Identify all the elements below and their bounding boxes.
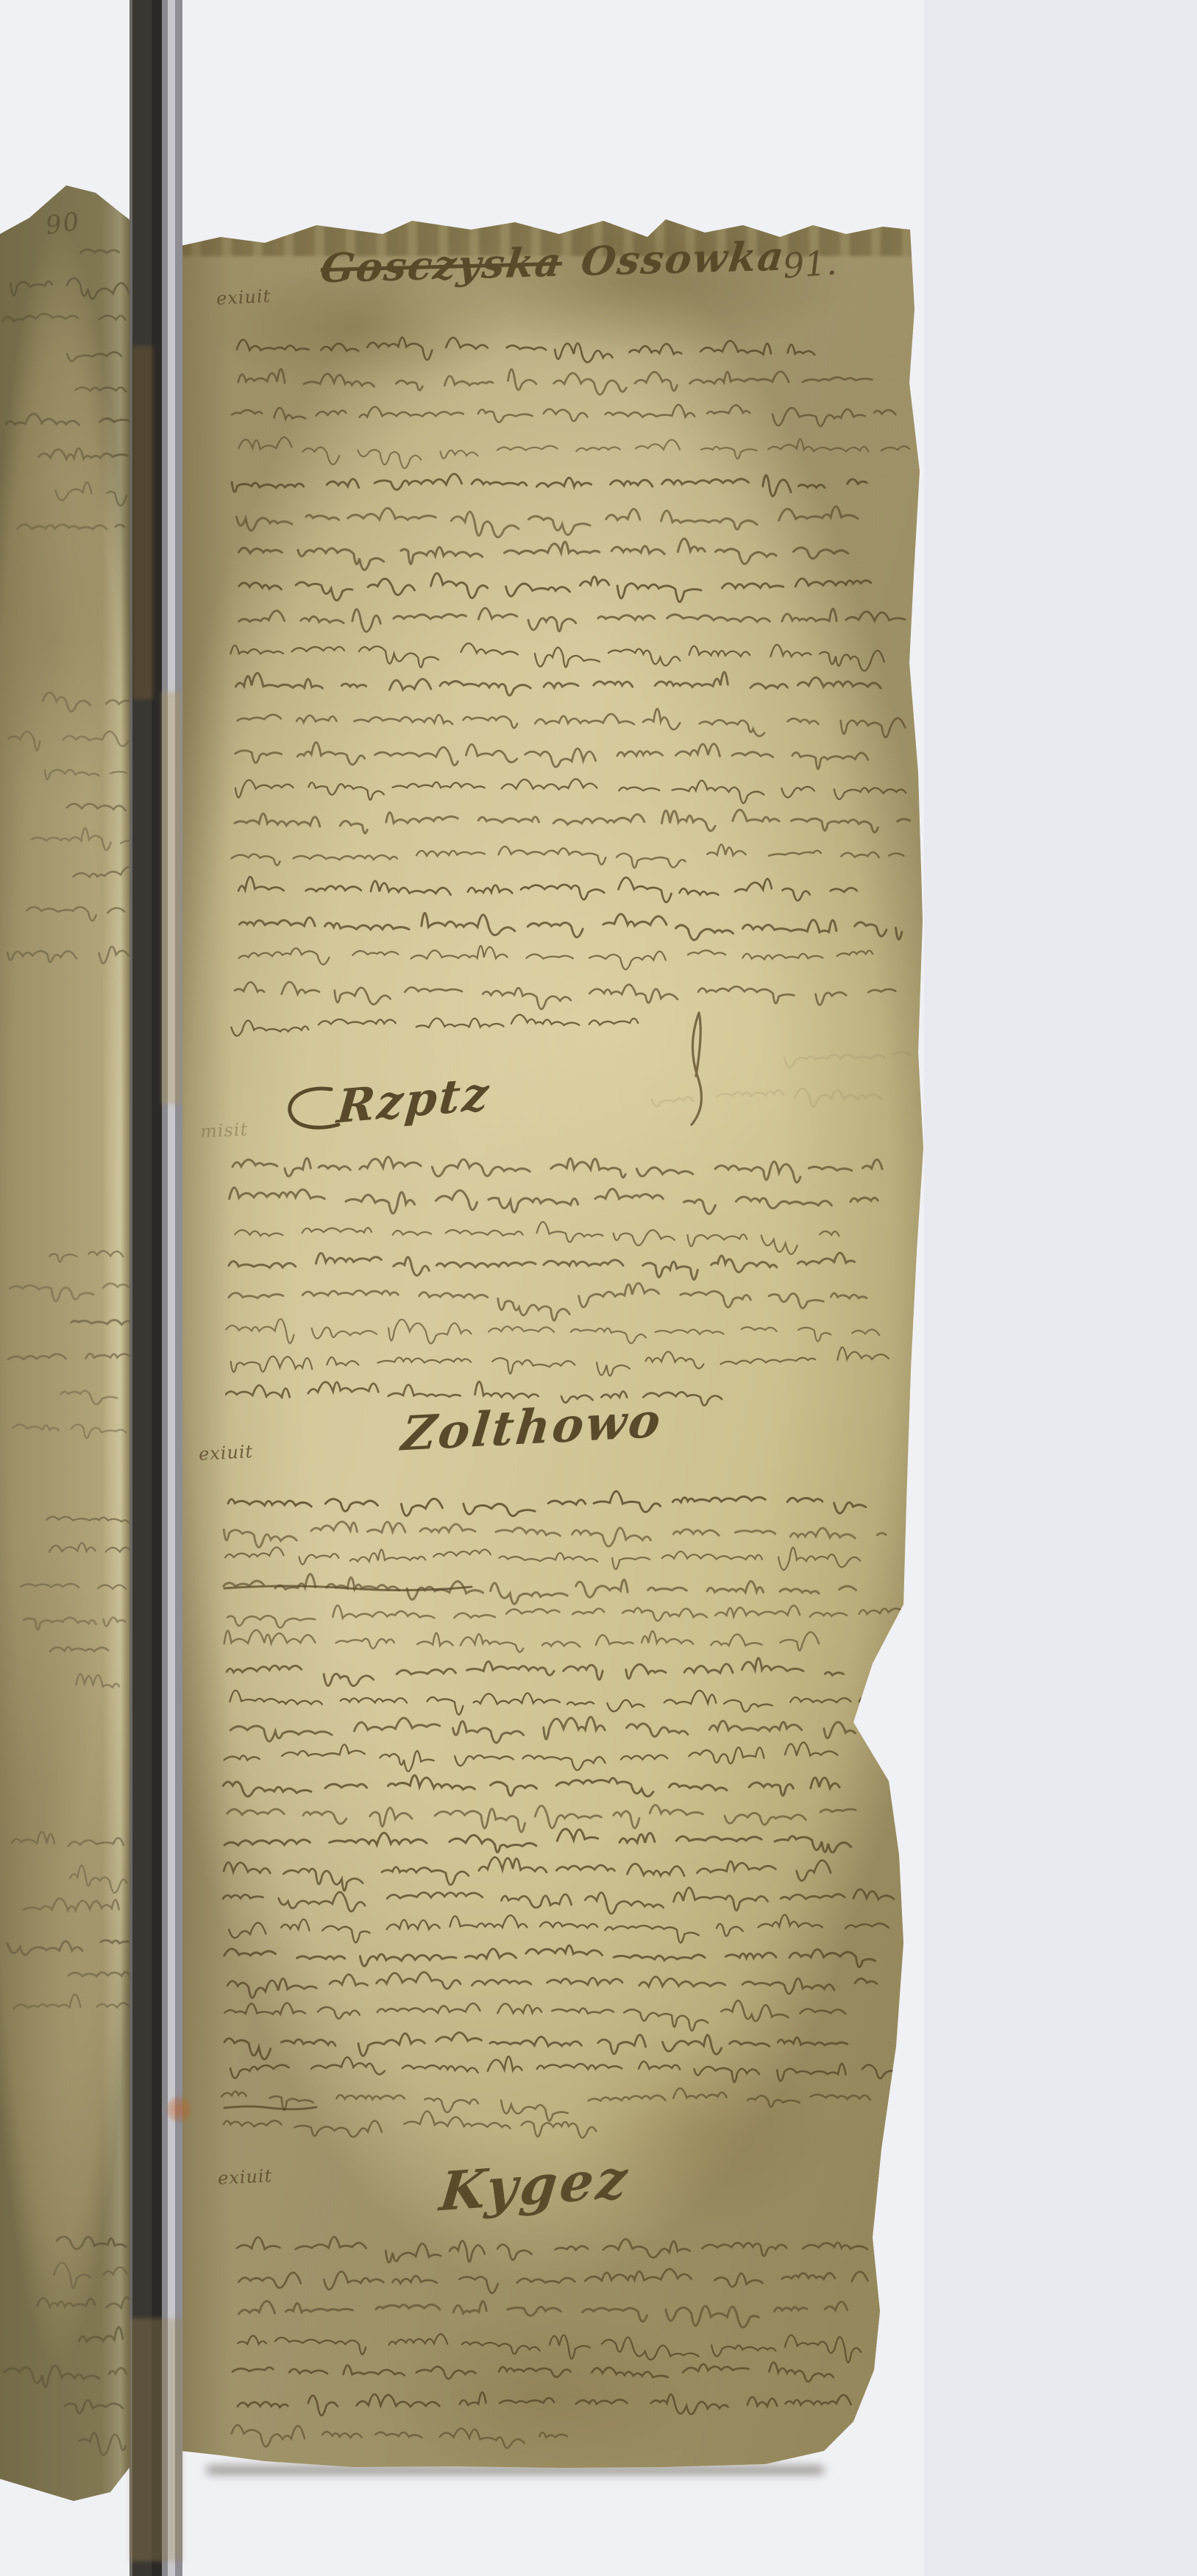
- ink-stain: [166, 2095, 191, 2124]
- scanner-background: 90 GosczyskaOssowka 91. exiuit misit exi…: [0, 0, 1197, 2576]
- right-page: GosczyskaOssowka 91. exiuit misit exiuit…: [181, 218, 924, 2469]
- book-clamp-bar: [129, 0, 182, 2576]
- left-page-edge-shade: [0, 177, 131, 2510]
- clamp-smudge: [132, 346, 153, 699]
- clamp-highlight: [168, 0, 175, 2576]
- right-page-edge-shade: [181, 218, 924, 2469]
- left-page: 90: [0, 177, 131, 2510]
